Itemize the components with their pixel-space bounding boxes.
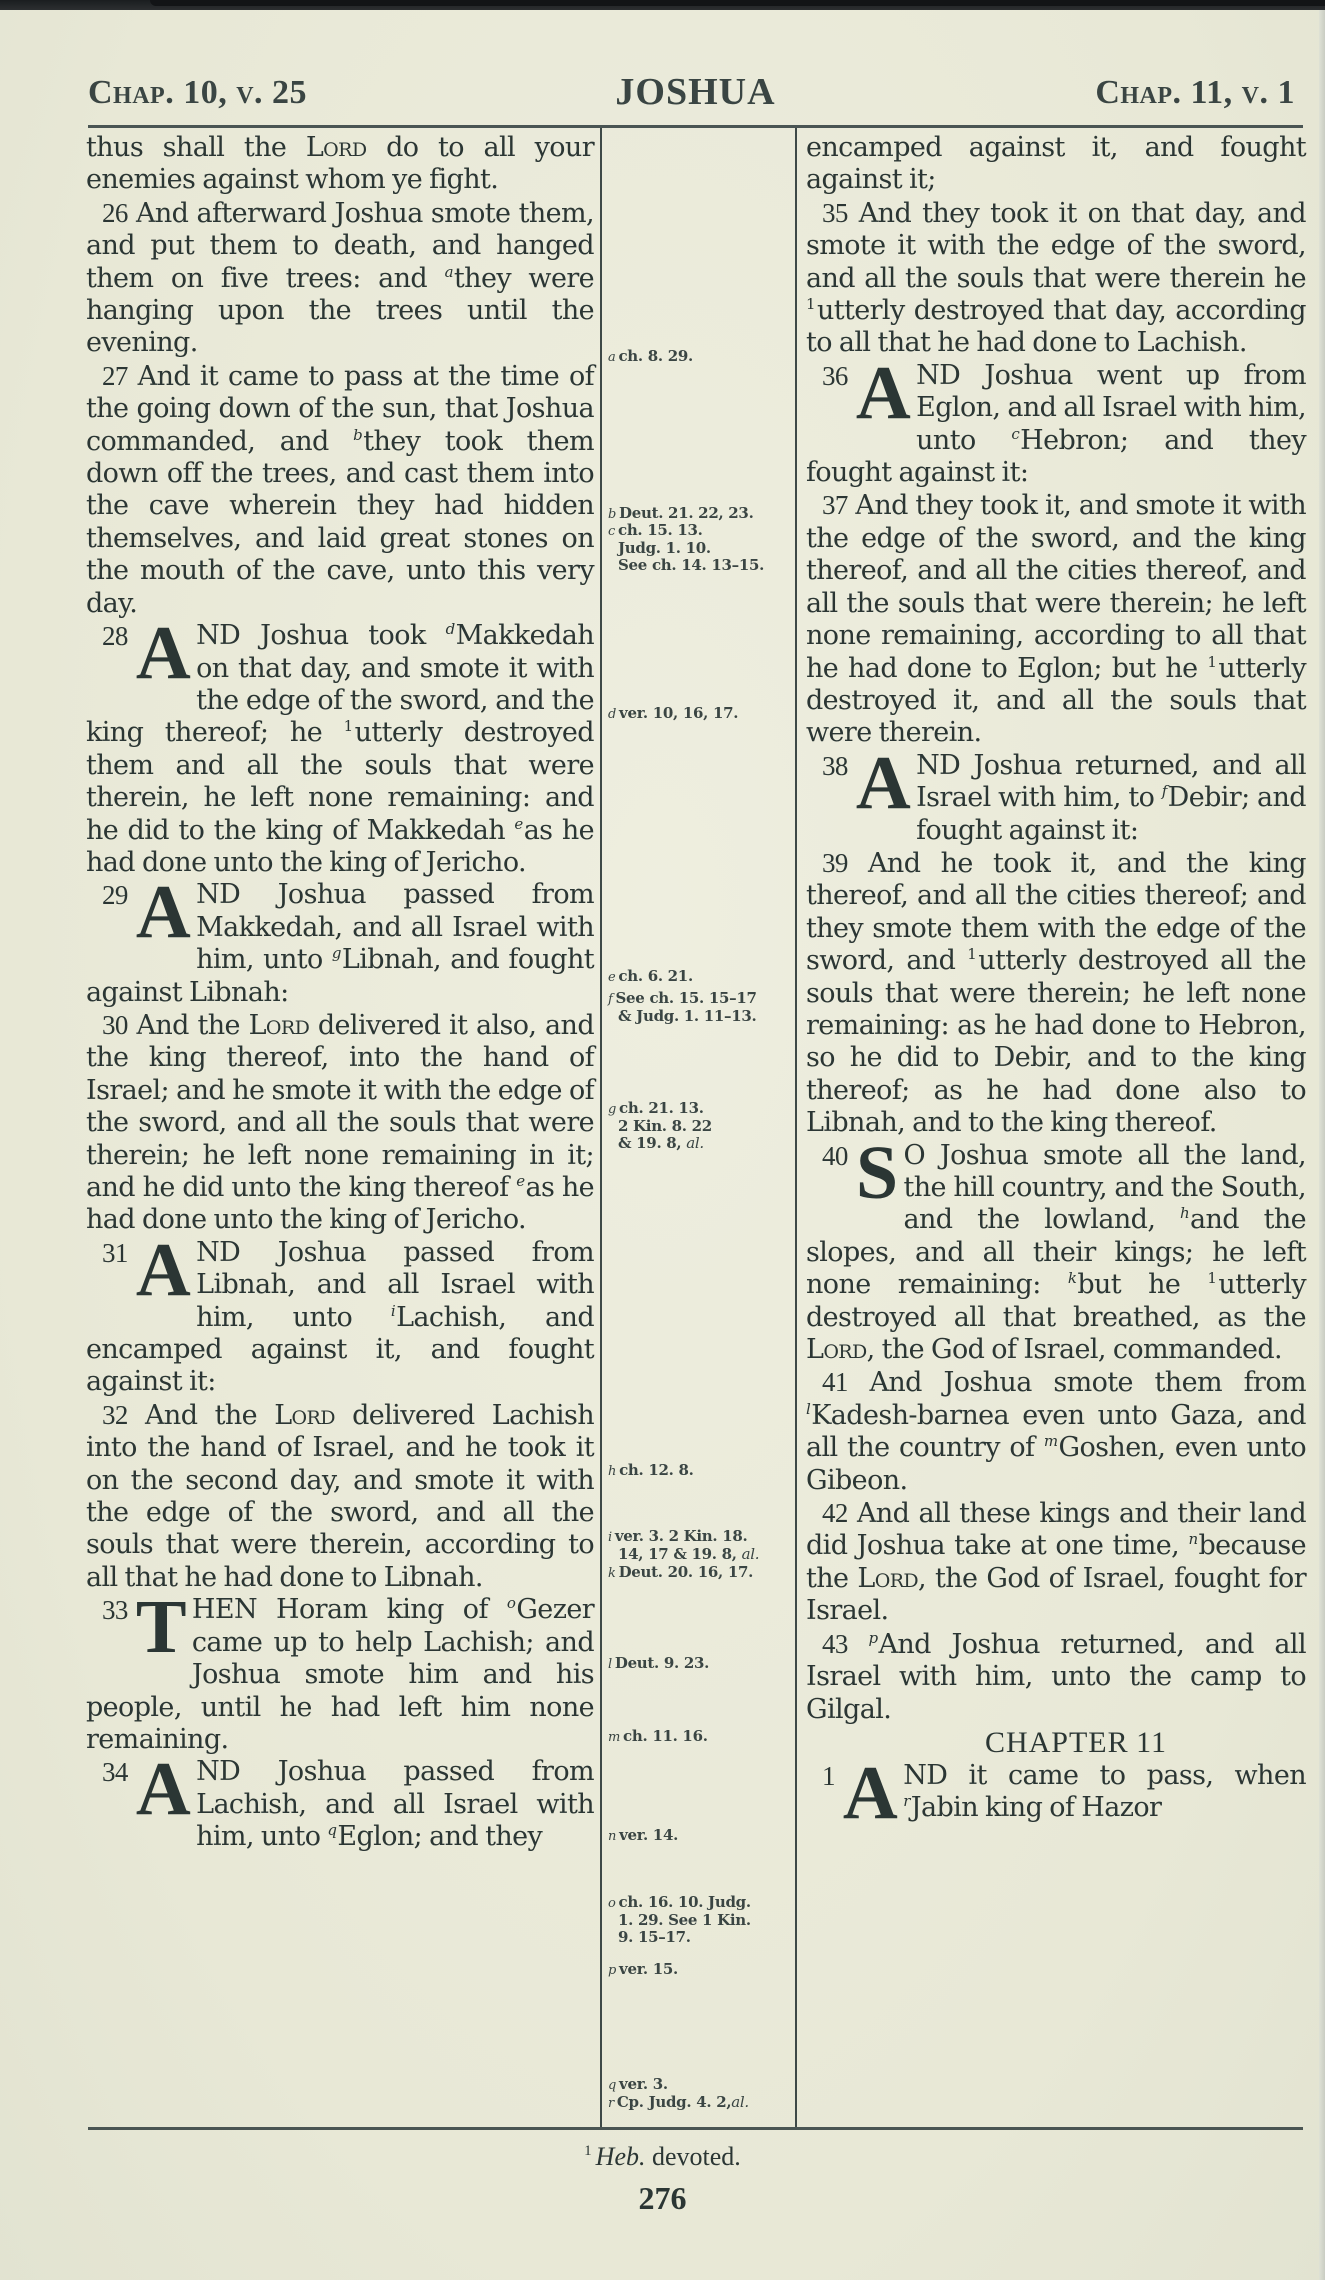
drop-cap: A (136, 883, 190, 945)
margin-ref-c: cch. 15. 13.Judg. 1. 10.See ch. 14. 13–1… (608, 522, 792, 574)
margin-ref-m: mch. 11. 16. (608, 1728, 792, 1746)
cross-reference-margin: ach. 8. 29. bDeut. 21. 22, 23. cch. 15. … (608, 0, 792, 2280)
verse-35: 35 And they took it on that day, and smo… (806, 197, 1306, 360)
footnote-number: 1 (584, 2143, 592, 2159)
chapter-11-verse-1: 1AND it came to pass, when rJabin king o… (806, 1760, 1306, 1825)
margin-ref-k: kDeut. 20. 16, 17. (608, 1564, 792, 1582)
footnote: 1Heb. devoted. (0, 2142, 1325, 2172)
verse-31: 31AND Joshua passed from Libnah, and all… (86, 1237, 594, 1399)
drop-cap: T (136, 1598, 186, 1660)
right-text-column: encamped against it, and fought against … (806, 132, 1306, 1826)
verse-30: 30 And the Lord delivered it also, and t… (86, 1009, 594, 1237)
verse-26: 26 And afterward Joshua smote them, and … (86, 197, 594, 360)
page-right-edge (1319, 10, 1325, 2280)
cross-ref-marker: a (445, 263, 453, 281)
drop-cap: A (136, 624, 190, 686)
footer-rule (88, 2127, 1303, 2130)
verse-41: 41 And Joshua smote them from lKadesh-ba… (806, 1366, 1306, 1497)
verse-40: 40SO Joshua smote all the land, the hill… (806, 1140, 1306, 1367)
verse-27: 27 And it came to pass at the time of th… (86, 360, 594, 620)
margin-ref-h: hch. 12. 8. (608, 1462, 792, 1480)
verse-38: 38AND Joshua returned, and all Israel wi… (806, 750, 1306, 847)
margin-ref-g: gch. 21. 13.2 Kin. 8. 22& 19. 8, al. (608, 1100, 792, 1152)
verse-43: 43 pAnd Joshua returned, and all Israel … (806, 1628, 1306, 1726)
drop-cap: A (843, 1764, 897, 1826)
verse-32: 32 And the Lord delivered Lachish into t… (86, 1399, 594, 1594)
margin-ref-r: rCp. Judg. 4. 2,al. (608, 2094, 792, 2112)
margin-ref-i: iver. 3. 2 Kin. 18.14, 17 & 19. 8, al. (608, 1528, 792, 1563)
verse-37: 37 And they took it, and smote it with t… (806, 489, 1306, 749)
drop-cap: A (856, 754, 910, 816)
margin-ref-p: pver. 15. (608, 1961, 792, 1979)
footnote-text: devoted. (652, 2142, 741, 2171)
verse-42: 42 And all these kings and their land di… (806, 1497, 1306, 1628)
margin-ref-e: ech. 6. 21. (608, 968, 792, 986)
margin-ref-f: fSee ch. 15. 15–17& Judg. 1. 11–13. (608, 990, 792, 1025)
drop-cap: A (136, 1241, 190, 1303)
verse-28: 28AND Joshua took dMakkedah on that day,… (86, 620, 594, 879)
drop-cap: A (136, 1760, 190, 1822)
margin-ref-l: lDeut. 9. 23. (608, 1655, 792, 1673)
drop-cap: S (856, 1144, 898, 1206)
column-divider-right (795, 128, 797, 2127)
footnote-marker: 1 (344, 717, 353, 735)
verse-25-continuation: thus shall the Lord do to all your enemi… (86, 132, 594, 197)
verse-33: 33THEN Horam king of oGezer came up to h… (86, 1594, 594, 1756)
margin-ref-a: ach. 8. 29. (608, 348, 792, 366)
verse-39: 39 And he took it, and the king thereof,… (806, 847, 1306, 1140)
margin-ref-n: nver. 14. (608, 1827, 792, 1845)
footnote-abbr: Heb. (596, 2142, 646, 2171)
column-divider-left (600, 128, 602, 2127)
book-page: Chap. 10, v. 25 JOSHUA Chap. 11, v. 1 th… (0, 0, 1325, 2280)
drop-cap: A (856, 364, 910, 426)
verse-29: 29AND Joshua passed from Makkedah, and a… (86, 879, 594, 1009)
page-number: 276 (0, 2180, 1325, 2217)
running-head-right: Chap. 11, v. 1 (1095, 74, 1295, 112)
margin-ref-q: qver. 3. (608, 2076, 792, 2094)
left-text-column: thus shall the Lord do to all your enemi… (86, 132, 594, 1854)
verse-34-continuation: encamped against it, and fought against … (806, 132, 1306, 197)
cross-ref-marker: b (353, 426, 362, 444)
margin-ref-d: dver. 10, 16, 17. (608, 705, 792, 723)
margin-ref-o: och. 16. 10. Judg.1. 29. See 1 Kin.9. 15… (608, 1894, 792, 1946)
verse-34: 34AND Joshua passed from Lachish, and al… (86, 1756, 594, 1853)
verse-36: 36AND Joshua went up from Eglon, and all… (806, 360, 1306, 490)
